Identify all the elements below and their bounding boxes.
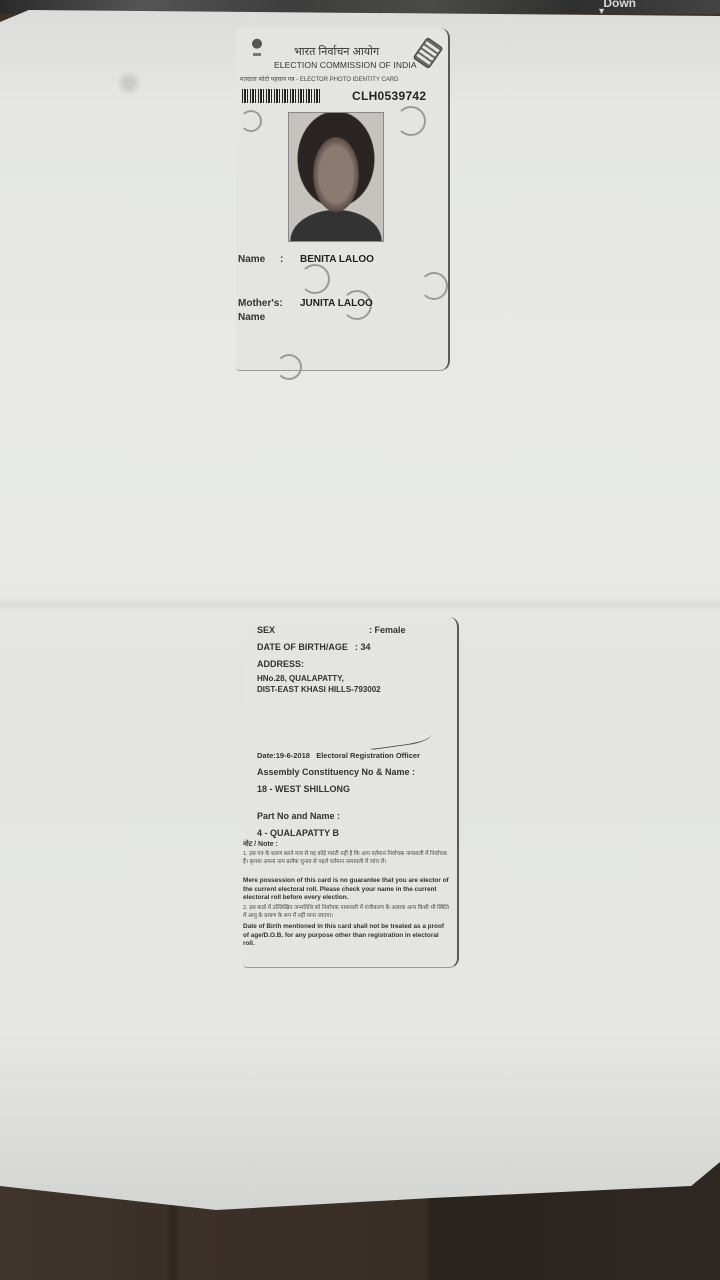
note-2-english: Date of Birth mentioned in this card sha… [243, 923, 449, 949]
paper-fold [0, 598, 720, 612]
barcode [242, 89, 322, 103]
sex-value: : Female [369, 625, 406, 635]
smudge-mark [114, 68, 144, 98]
dob-value: : 34 [355, 642, 371, 652]
decorative-swirl [396, 106, 426, 136]
part-value: 4 - QUALAPATTY B [257, 828, 339, 838]
note-1-english: Mere possession of this card is no guara… [243, 877, 449, 903]
sex-label: SEX [257, 625, 275, 635]
issue-date: Date:19-6-2018 [257, 751, 310, 760]
note-title: नोट / Note : [243, 840, 278, 849]
officer-title: Electoral Registration Officer [316, 751, 420, 760]
title-english: ELECTION COMMISSION OF INDIA [274, 60, 417, 70]
note-1-hindi: 1. इस पत्र के धारण करने मात्र से यह कोई … [243, 850, 449, 866]
officer-signature [368, 725, 432, 750]
elector-photo [288, 112, 384, 242]
mother-name-value: JUNITA LALOO [300, 298, 373, 309]
address-line1: HNo.28, QUALAPATTY, [257, 673, 381, 684]
national-emblem-icon [250, 36, 264, 58]
epic-number: CLH0539742 [352, 89, 426, 103]
address-value: HNo.28, QUALAPATTY, DIST-EAST KHASI HILL… [257, 673, 381, 695]
name-label: Name [238, 254, 265, 265]
assembly-value: 18 - WEST SHILLONG [257, 784, 350, 794]
name-separator: : [280, 254, 283, 265]
decorative-swirl [420, 272, 448, 300]
part-label: Part No and Name : [257, 811, 340, 821]
evm-machine-icon [412, 37, 443, 70]
decorative-swirl [300, 264, 330, 294]
address-line2: DIST-EAST KHASI HILLS-793002 [257, 684, 381, 695]
note-2-hindi: 2. इस कार्ड में उल्लिखित जन्मतिथि को निर… [243, 904, 449, 920]
assembly-label: Assembly Constituency No & Name : [257, 767, 415, 777]
voter-id-back: SEX : Female DATE OF BIRTH/AGE : 34 ADDR… [243, 617, 459, 968]
dob-label: DATE OF BIRTH/AGE [257, 642, 348, 652]
name-value: BENITA LALOO [300, 254, 374, 265]
card-subtitle: मतदाता फोटो पहचान पत्र - ELECTOR PHOTO I… [240, 75, 399, 83]
decorative-swirl [240, 110, 262, 132]
voter-id-front: भारत निर्वाचन आयोग ELECTION COMMISSION O… [236, 28, 450, 371]
title-hindi: भारत निर्वाचन आयोग [294, 44, 379, 59]
address-label: ADDRESS: [257, 659, 304, 669]
down-label: Down [603, 0, 636, 10]
mother-label-line2: Name [238, 312, 265, 323]
mother-label-line1: Mother's: [238, 298, 283, 309]
decorative-swirl [276, 354, 302, 380]
down-arrow-icon: ▼ [597, 6, 606, 16]
issue-date-line: Date:19-6-2018 Electoral Registration Of… [257, 751, 420, 760]
